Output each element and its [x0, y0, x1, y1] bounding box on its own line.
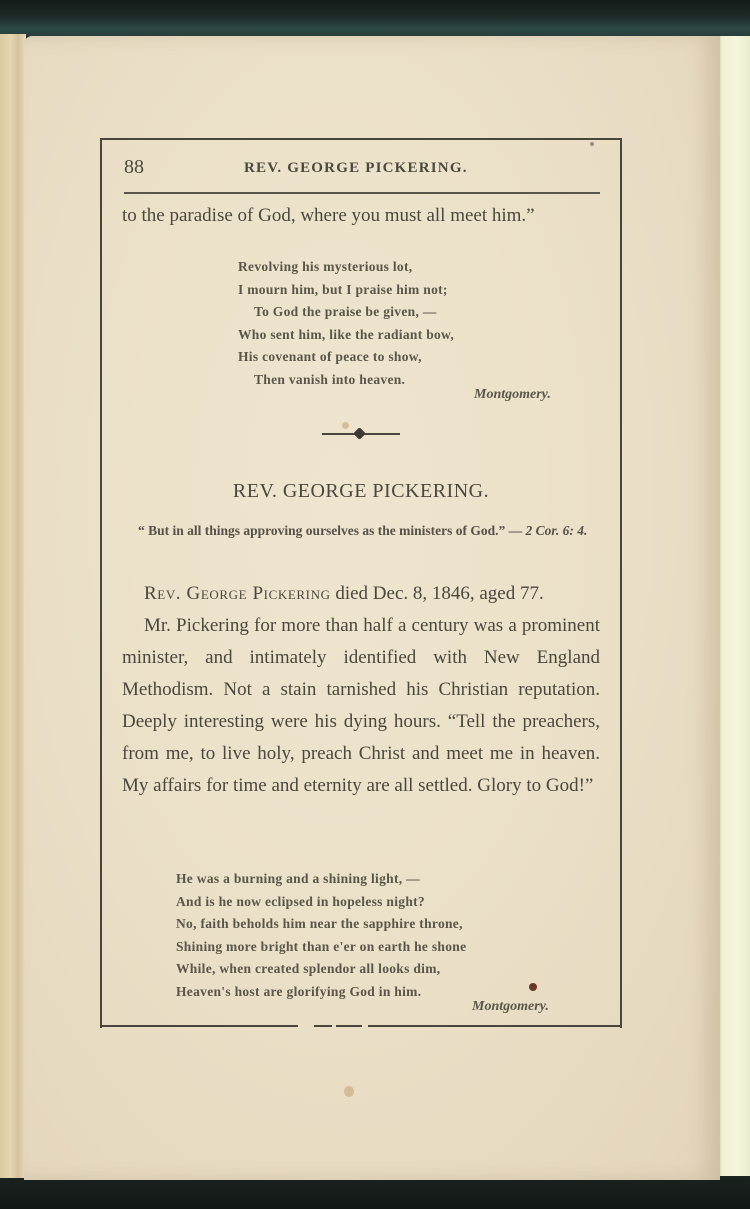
book-cover-top [0, 0, 750, 36]
ink-spot [529, 983, 537, 991]
poem-1-attribution: Montgomery. [474, 387, 551, 403]
epigraph-reference: 2 Cor. 6: 4. [526, 523, 588, 538]
poem-line: Then vanish into heaven. [238, 369, 454, 392]
death-details: died Dec. 8, 1846, aged 77. [331, 583, 544, 604]
epigraph: “ But in all things approving ourselves … [122, 520, 600, 542]
section-divider-ornament-icon [322, 429, 400, 439]
header-rule [124, 192, 600, 194]
poem-2: He was a burning and a shining light, — … [176, 868, 466, 1003]
poem-line: His covenant of peace to show, [238, 346, 454, 369]
poem-2-attribution: Montgomery. [472, 999, 549, 1015]
paragraph-death-notice: Rev. George Pickering died Dec. 8, 1846,… [122, 578, 600, 610]
subject-name: Rev. George Pickering [144, 583, 331, 604]
poem-1: Revolving his mysterious lot, I mourn hi… [238, 256, 454, 391]
poem-line: Revolving his mysterious lot, [238, 256, 454, 279]
frame-bottom-rule [100, 1025, 620, 1027]
poem-line: And is he now eclipsed in hopeless night… [176, 891, 466, 914]
book-cover-bottom [0, 1178, 750, 1209]
paragraph-biography: Mr. Pickering for more than half a centu… [122, 610, 600, 802]
continued-paragraph: to the paradise of God, where you must a… [122, 200, 600, 232]
poem-line: He was a burning and a shining light, — [176, 868, 466, 891]
page-edges-left [0, 34, 26, 1182]
paper-stain [344, 1086, 354, 1097]
running-head: 88 REV. GEORGE PICKERING. [124, 152, 602, 192]
obituary-text: Rev. George Pickering died Dec. 8, 1846,… [122, 578, 600, 802]
poem-line: No, faith beholds him near the sapphire … [176, 913, 466, 936]
poem-line: I mourn him, but I praise him not; [238, 279, 454, 302]
poem-line: Who sent him, like the radiant bow, [238, 324, 454, 347]
page-text-frame: 88 REV. GEORGE PICKERING. to the paradis… [100, 138, 622, 1028]
poem-line: To God the praise be given, — [238, 301, 454, 324]
poem-line: While, when created splendor all looks d… [176, 958, 466, 981]
section-title: REV. GEORGE PICKERING. [102, 480, 620, 503]
running-title: REV. GEORGE PICKERING. [244, 160, 468, 177]
epigraph-quote: “ But in all things approving ourselves … [138, 523, 522, 538]
poem-line: Shining more bright than e'er on earth h… [176, 936, 466, 959]
page-edges-right [718, 36, 750, 1176]
page-number: 88 [124, 156, 144, 179]
poem-line: Heaven's host are glorifying God in him. [176, 981, 466, 1004]
